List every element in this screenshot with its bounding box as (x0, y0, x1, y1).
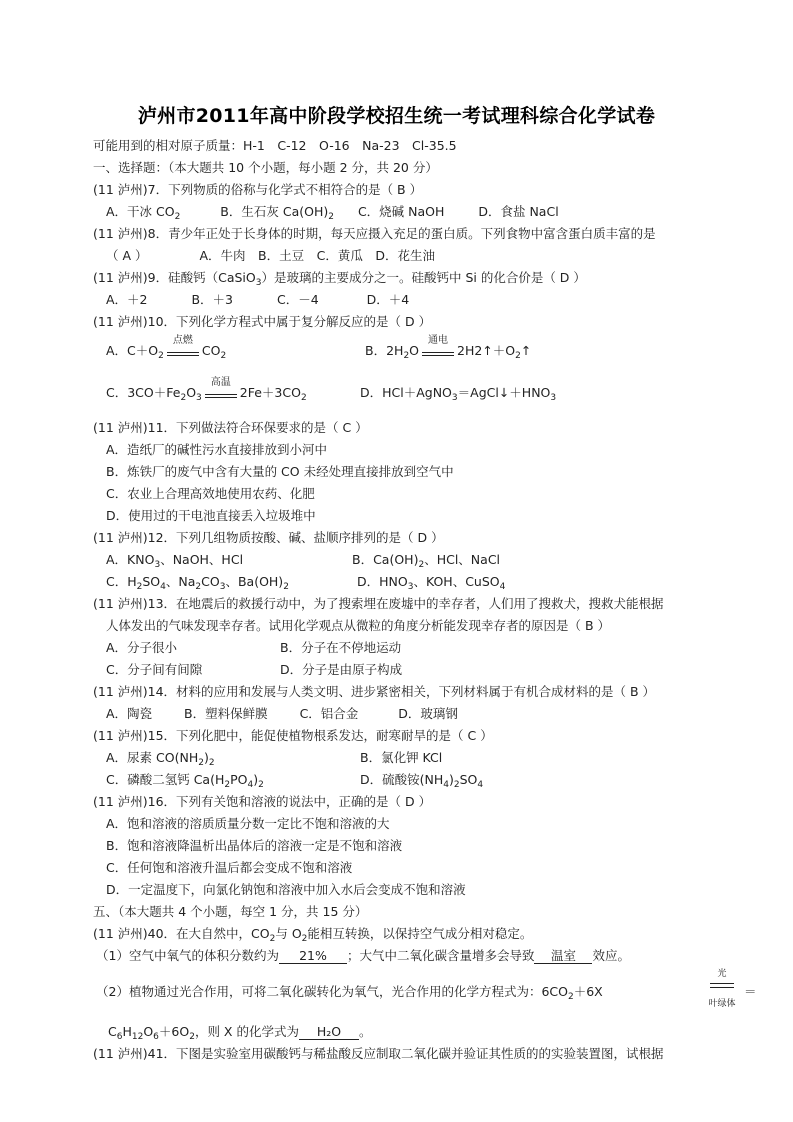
question-10-option-d: D．HCl＋AgNO3＝AgCl↓＋HNO3 (360, 385, 556, 401)
q12-option-a: A．KNO3、NaOH、HCl (106, 552, 243, 568)
question-16-stem: (11 泸州)16．下列有关饱和溶液的说法中，正确的是（ D ） (93, 794, 431, 810)
q40-part-3: C6H12O6＋6O2，则 X 的化学式为H₂O。 (108, 1024, 371, 1040)
q14-options: A．陶瓷 B．塑料保鲜膜 C．铝合金 D．玻璃钢 (106, 706, 458, 722)
q15-option-b: B．氯化钾 KCl (360, 750, 442, 766)
page-title: 泸州市2011年高中阶段学校招生统一考试理科综合化学试卷 (0, 101, 793, 128)
q15-option-c: C．磷酸二氢钙 Ca(H2PO4)2 (106, 772, 264, 788)
q8-options: A．牛肉 B．土豆 C．黄瓜 D．花生油 (199, 248, 434, 263)
equals-sign: ＝ (744, 984, 757, 1000)
q12-option-c: C．H2SO4、Na2CO3、Ba(OH)2 (106, 574, 289, 590)
q13-option-a: A．分子很小 (106, 640, 177, 656)
question-10-option-b: B．2H2O通电2H2↑＋O2↑ (365, 343, 531, 359)
question-13-stem-1: (11 泸州)13．在地震后的救援行动中，为了搜索埋在废墟中的幸存者，人们用了搜… (93, 596, 664, 612)
q15-option-d: D．硫酸铵(NH4)2SO4 (360, 772, 483, 788)
q8-answer: （ A ） (106, 248, 148, 263)
q7-option-c: C．烧碱 NaOH (358, 204, 444, 219)
q11-option-b: B．炼铁厂的废气中含有大量的 CO 未经处理直接排放到空气中 (106, 464, 454, 480)
question-14-stem: (11 泸州)14．材料的应用和发展与人类文明、进步紧密相关，下列材料属于有机合… (93, 684, 655, 700)
q11-option-d: D．使用过的干电池直接丢入垃圾堆中 (106, 508, 316, 524)
answer-blank: 温室 (534, 949, 592, 964)
question-9-options: A．＋2 B．＋3 C．－4 D．＋4 (106, 292, 409, 308)
question-10-option-c: C．3CO＋Fe2O3高温2Fe＋3CO2 (106, 385, 307, 401)
q9-option-a: A．＋2 (106, 292, 148, 307)
q13-option-d: D．分子是由原子构成 (280, 662, 402, 678)
reaction-condition: 通电 (420, 343, 456, 359)
q7-option-a: A．干冰 CO2 (106, 204, 180, 219)
q9-option-b: B．＋3 (191, 292, 233, 307)
q11-option-a: A．造纸厂的碱性污水直接排放到小河中 (106, 442, 327, 458)
answer-blank: H₂O (299, 1025, 359, 1040)
q15-option-a: A．尿素 CO(NH2)2 (106, 750, 215, 766)
question-10-stem: (11 泸州)10．下列化学方程式中属于复分解反应的是（ D ） (93, 314, 431, 330)
q7-option-b: B．生石灰 Ca(OH)2 (220, 204, 334, 219)
question-8-answer-options: （ A ） A．牛肉 B．土豆 C．黄瓜 D．花生油 (106, 248, 435, 264)
q12-option-b: B．Ca(OH)2、HCl、NaCl (352, 552, 500, 568)
question-8-stem: (11 泸州)8．青少年正处于长身体的时期，每天应摄入充足的蛋白质。下列食物中富… (93, 226, 656, 242)
reaction-condition: 点燃 (165, 343, 201, 359)
q9-option-d: D．＋4 (367, 292, 410, 307)
q13-option-c: C．分子间有间隙 (106, 662, 202, 678)
question-7-options: A．干冰 CO2 B．生石灰 Ca(OH)2 C．烧碱 NaOH D．食盐 Na… (106, 204, 559, 220)
reaction-condition-photosynthesis: 光 叶绿体 (704, 966, 740, 1006)
q7-option-d: D．食盐 NaCl (478, 204, 558, 219)
question-11-stem: (11 泸州)11．下列做法符合环保要求的是（ C ） (93, 420, 368, 436)
q40-part-1: （1）空气中氧气的体积分数约为21%；大气中二氧化碳含量增多会导致温室效应。 (96, 948, 630, 964)
question-7-stem: (11 泸州)7．下列物质的俗称与化学式不相符合的是（ B ） (93, 182, 422, 198)
atomic-masses: 可能用到的相对原子质量：H-1 C-12 O-16 Na-23 Cl-35.5 (93, 138, 457, 154)
q16-option-b: B．饱和溶液降温析出晶体后的溶液一定是不饱和溶液 (106, 838, 402, 854)
q16-option-a: A．饱和溶液的溶质质量分数一定比不饱和溶液的大 (106, 816, 390, 832)
question-41-stem: (11 泸州)41．下图是实验室用碳酸钙与稀盐酸反应制取二氧化碳并验证其性质的的… (93, 1046, 664, 1062)
q14-option-a: A．陶瓷 (106, 706, 152, 721)
question-10-option-a: A．C＋O2点燃CO2 (106, 343, 226, 359)
q16-option-d: D．一定温度下，向氯化钠饱和溶液中加入水后会变成不饱和溶液 (106, 882, 466, 898)
reaction-condition: 高温 (203, 385, 239, 401)
q12-option-d: D．HNO3、KOH、CuSO4 (357, 574, 505, 590)
question-15-stem: (11 泸州)15．下列化肥中，能促使植物根系发达，耐寒耐旱的是（ C ） (93, 728, 493, 744)
q14-option-c: C．铝合金 (300, 706, 359, 721)
question-40-stem: (11 泸州)40．在大自然中，CO2与 O2能相互转换，以保持空气成分相对稳定… (93, 926, 532, 942)
q40-part-2: （2）植物通过光合作用，可将二氧化碳转化为氧气，光合作用的化学方程式为：6CO2… (96, 984, 603, 1000)
question-13-stem-2: 人体发出的气味发现幸存者。试用化学观点从微粒的角度分析能发现幸存者的原因是（ B… (106, 618, 610, 634)
answer-blank: 21% (279, 949, 347, 964)
q14-option-d: D．玻璃钢 (398, 706, 458, 721)
question-9-stem: (11 泸州)9．硅酸钙（CaSiO3）是玻璃的主要成分之一。硅酸钙中 Si 的… (93, 270, 586, 286)
q14-option-b: B．塑料保鲜膜 (184, 706, 268, 721)
q13-option-b: B．分子在不停地运动 (280, 640, 401, 656)
section-5-heading: 五、（本大题共 4 个小题，每空 1 分，共 15 分） (93, 904, 367, 920)
q16-option-c: C．任何饱和溶液升温后都会变成不饱和溶液 (106, 860, 352, 876)
q9-option-c: C．－4 (277, 292, 319, 307)
section-1-heading: 一、选择题：（本大题共 10 个小题，每小题 2 分，共 20 分） (93, 160, 438, 176)
question-12-stem: (11 泸州)12．下列几组物质按酸、碱、盐顺序排列的是（ D ） (93, 530, 444, 546)
q11-option-c: C．农业上合理高效地使用农药、化肥 (106, 486, 315, 502)
